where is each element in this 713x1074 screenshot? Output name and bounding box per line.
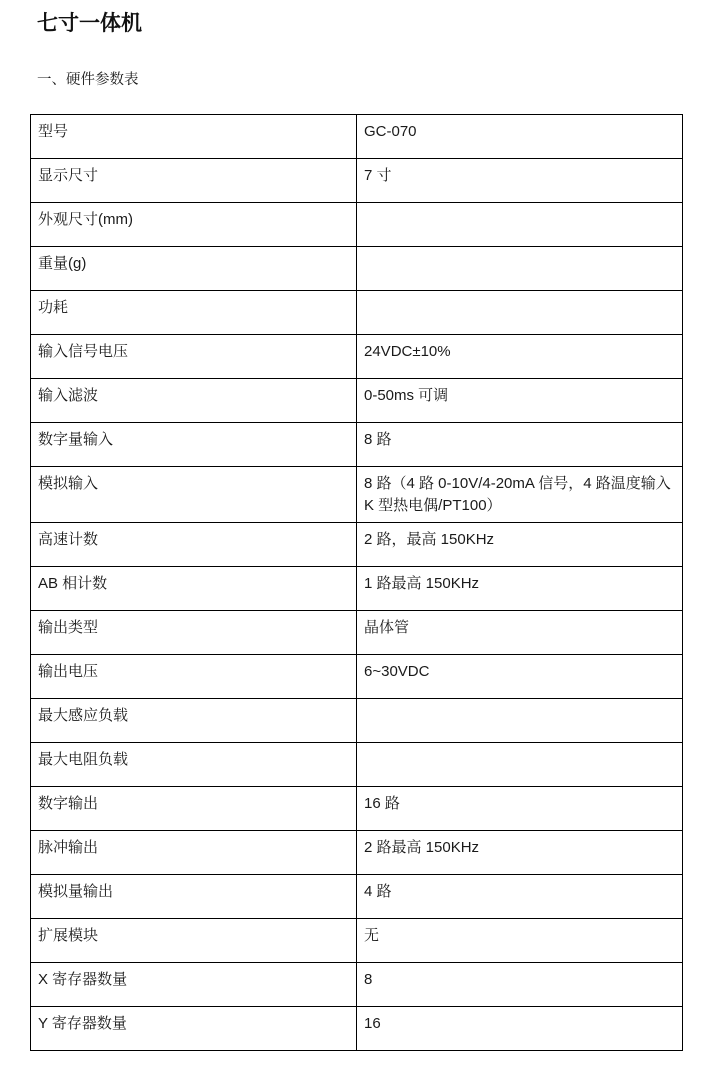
spec-label-cell: 最大电阻负载: [31, 743, 357, 787]
spec-value-cell: [357, 247, 683, 291]
spec-value-cell: 7 寸: [357, 159, 683, 203]
spec-value-cell: [357, 291, 683, 335]
spec-value-cell: 6~30VDC: [357, 655, 683, 699]
spec-value-cell: 8: [357, 963, 683, 1007]
table-row: 输入滤波0-50ms 可调: [31, 379, 683, 423]
table-row: 输入信号电压24VDC±10%: [31, 335, 683, 379]
table-row: X 寄存器数量8: [31, 963, 683, 1007]
table-row: 显示尺寸7 寸: [31, 159, 683, 203]
spec-label-cell: X 寄存器数量: [31, 963, 357, 1007]
spec-label-cell: 数字量输入: [31, 423, 357, 467]
spec-label-cell: Y 寄存器数量: [31, 1007, 357, 1051]
spec-label-cell: 输入滤波: [31, 379, 357, 423]
spec-value-cell: [357, 699, 683, 743]
spec-label-cell: 数字输出: [31, 787, 357, 831]
spec-value-cell: [357, 743, 683, 787]
spec-value-cell: 2 路，最高 150KHz: [357, 523, 683, 567]
table-row: 最大感应负载: [31, 699, 683, 743]
spec-label-cell: AB 相计数: [31, 567, 357, 611]
table-row: 高速计数2 路，最高 150KHz: [31, 523, 683, 567]
table-row: 模拟输入8 路（4 路 0-10V/4-20mA 信号，4 路温度输入 K 型热…: [31, 467, 683, 523]
spec-value-cell: [357, 203, 683, 247]
spec-label-cell: 最大感应负载: [31, 699, 357, 743]
spec-label-cell: 显示尺寸: [31, 159, 357, 203]
spec-value-cell: 2 路最高 150KHz: [357, 831, 683, 875]
spec-label-cell: 脉冲输出: [31, 831, 357, 875]
spec-label-cell: 重量(g): [31, 247, 357, 291]
spec-value-cell: GC-070: [357, 115, 683, 159]
table-row: 数字输出16 路: [31, 787, 683, 831]
spec-value-cell: 无: [357, 919, 683, 963]
spec-value-cell: 16 路: [357, 787, 683, 831]
hardware-spec-table: 型号GC-070显示尺寸7 寸外观尺寸(mm)重量(g)功耗输入信号电压24VD…: [30, 114, 683, 1051]
table-row: 模拟量输出4 路: [31, 875, 683, 919]
spec-label-cell: 模拟输入: [31, 467, 357, 523]
table-row: 重量(g): [31, 247, 683, 291]
table-row: 输出电压6~30VDC: [31, 655, 683, 699]
spec-value-cell: 8 路: [357, 423, 683, 467]
spec-label-cell: 功耗: [31, 291, 357, 335]
table-row: 脉冲输出2 路最高 150KHz: [31, 831, 683, 875]
spec-label-cell: 输入信号电压: [31, 335, 357, 379]
spec-label-cell: 输出类型: [31, 611, 357, 655]
spec-label-cell: 扩展模块: [31, 919, 357, 963]
spec-value-cell: 4 路: [357, 875, 683, 919]
table-row: 功耗: [31, 291, 683, 335]
table-row: 扩展模块无: [31, 919, 683, 963]
spec-value-cell: 晶体管: [357, 611, 683, 655]
spec-table-body: 型号GC-070显示尺寸7 寸外观尺寸(mm)重量(g)功耗输入信号电压24VD…: [31, 115, 683, 1051]
spec-label-cell: 高速计数: [31, 523, 357, 567]
spec-label-cell: 输出电压: [31, 655, 357, 699]
section-heading: 一、硬件参数表: [37, 70, 683, 90]
table-row: 输出类型晶体管: [31, 611, 683, 655]
table-row: 型号GC-070: [31, 115, 683, 159]
table-row: 数字量输入8 路: [31, 423, 683, 467]
table-row: 外观尺寸(mm): [31, 203, 683, 247]
page-title: 七寸一体机: [37, 0, 683, 37]
table-row: Y 寄存器数量16: [31, 1007, 683, 1051]
spec-value-cell: 24VDC±10%: [357, 335, 683, 379]
document-page: 七寸一体机 一、硬件参数表 型号GC-070显示尺寸7 寸外观尺寸(mm)重量(…: [0, 0, 713, 1051]
spec-value-cell: 16: [357, 1007, 683, 1051]
table-row: 最大电阻负载: [31, 743, 683, 787]
spec-label-cell: 外观尺寸(mm): [31, 203, 357, 247]
table-row: AB 相计数1 路最高 150KHz: [31, 567, 683, 611]
spec-label-cell: 型号: [31, 115, 357, 159]
spec-value-cell: 1 路最高 150KHz: [357, 567, 683, 611]
spec-value-cell: 8 路（4 路 0-10V/4-20mA 信号，4 路温度输入 K 型热电偶/P…: [357, 467, 683, 523]
spec-value-cell: 0-50ms 可调: [357, 379, 683, 423]
spec-label-cell: 模拟量输出: [31, 875, 357, 919]
